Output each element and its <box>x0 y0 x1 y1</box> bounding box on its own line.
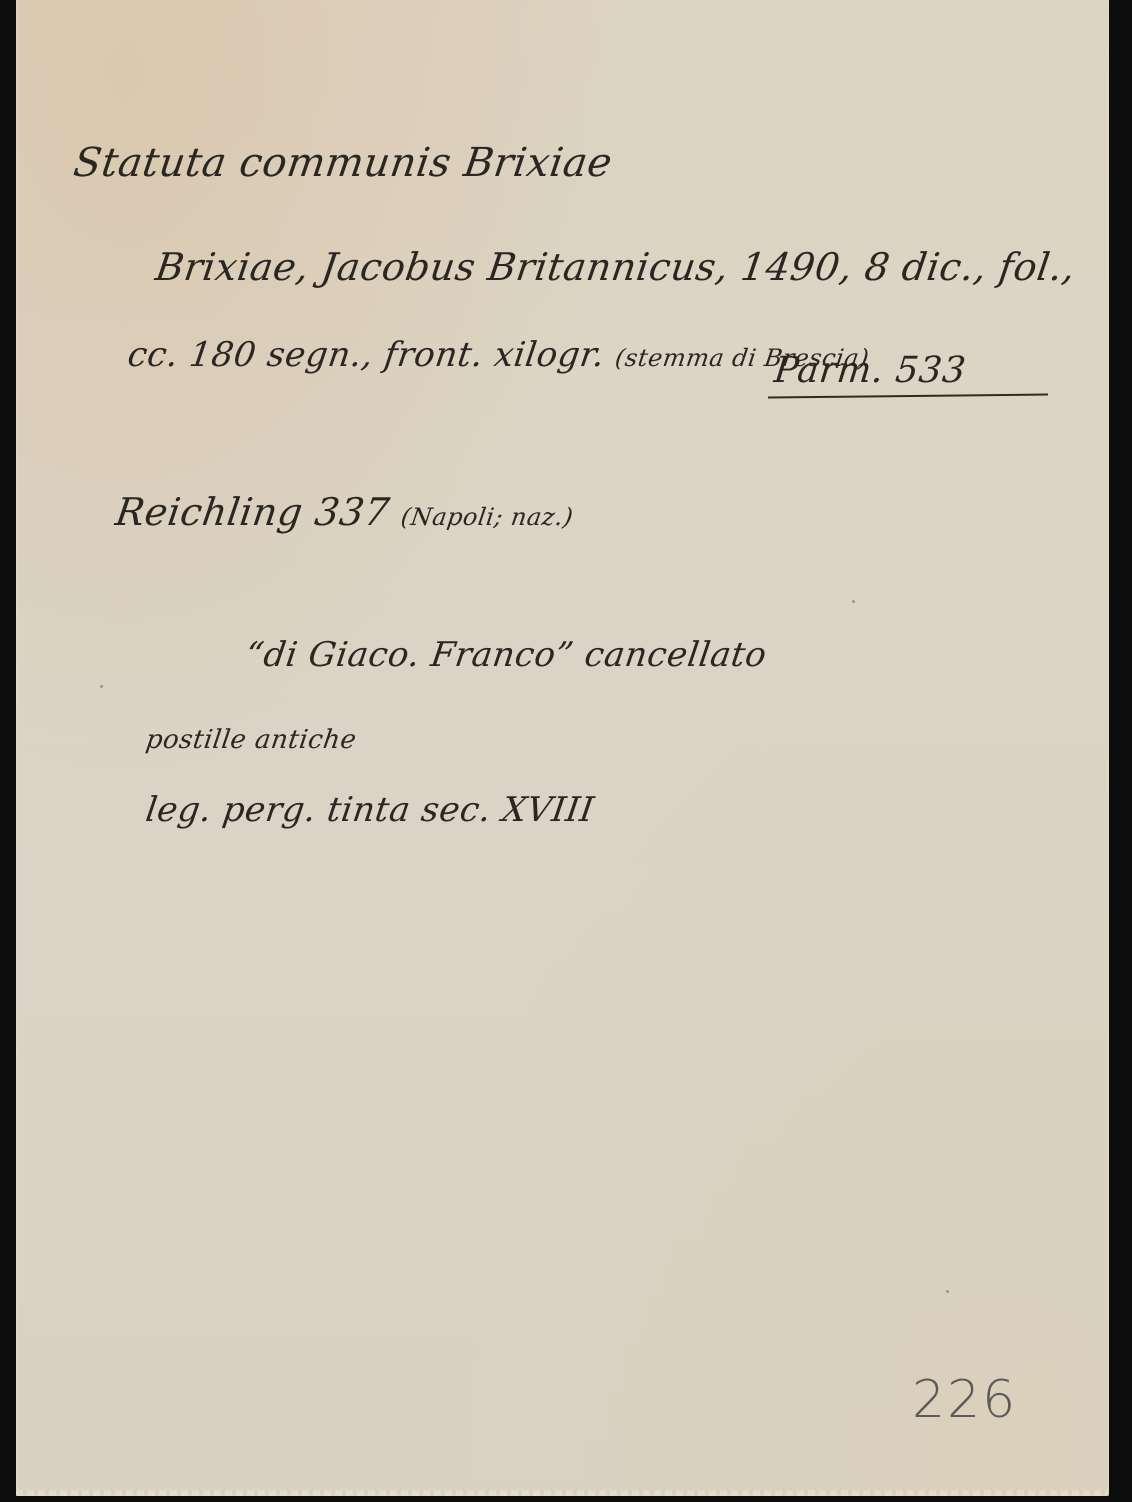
imprint-line: Brixiae, Jacobus Britannicus, 1490, 8 di… <box>153 245 1078 289</box>
shelfmark: Parm. 533 <box>772 350 968 397</box>
reference-note: (Napoli; naz.) <box>399 503 575 531</box>
binding-note-cover: leg. perg. tinta sec. XVIII <box>143 790 596 830</box>
document-title: Statuta communis Brixiae <box>71 140 615 186</box>
collation-main: cc. 180 segn., front. xilogr. <box>125 335 607 375</box>
paper-speck <box>100 685 103 688</box>
collation-line: cc. 180 segn., front. xilogr. (stemma di… <box>125 335 872 375</box>
paper-speck <box>852 600 855 603</box>
paper-speck <box>946 1290 949 1293</box>
folio-number: 226 <box>912 1370 1017 1430</box>
bibliographic-reference: Reichling 337 (Napoli; naz.) <box>113 490 577 534</box>
document-sheet: Statuta communis Brixiae Brixiae, Jacobu… <box>16 0 1109 1496</box>
provenance-note: “di Giaco. Franco” cancellato <box>243 635 769 675</box>
binding-note-annotations: postille antiche <box>144 725 359 755</box>
reference-main: Reichling 337 <box>113 490 392 534</box>
